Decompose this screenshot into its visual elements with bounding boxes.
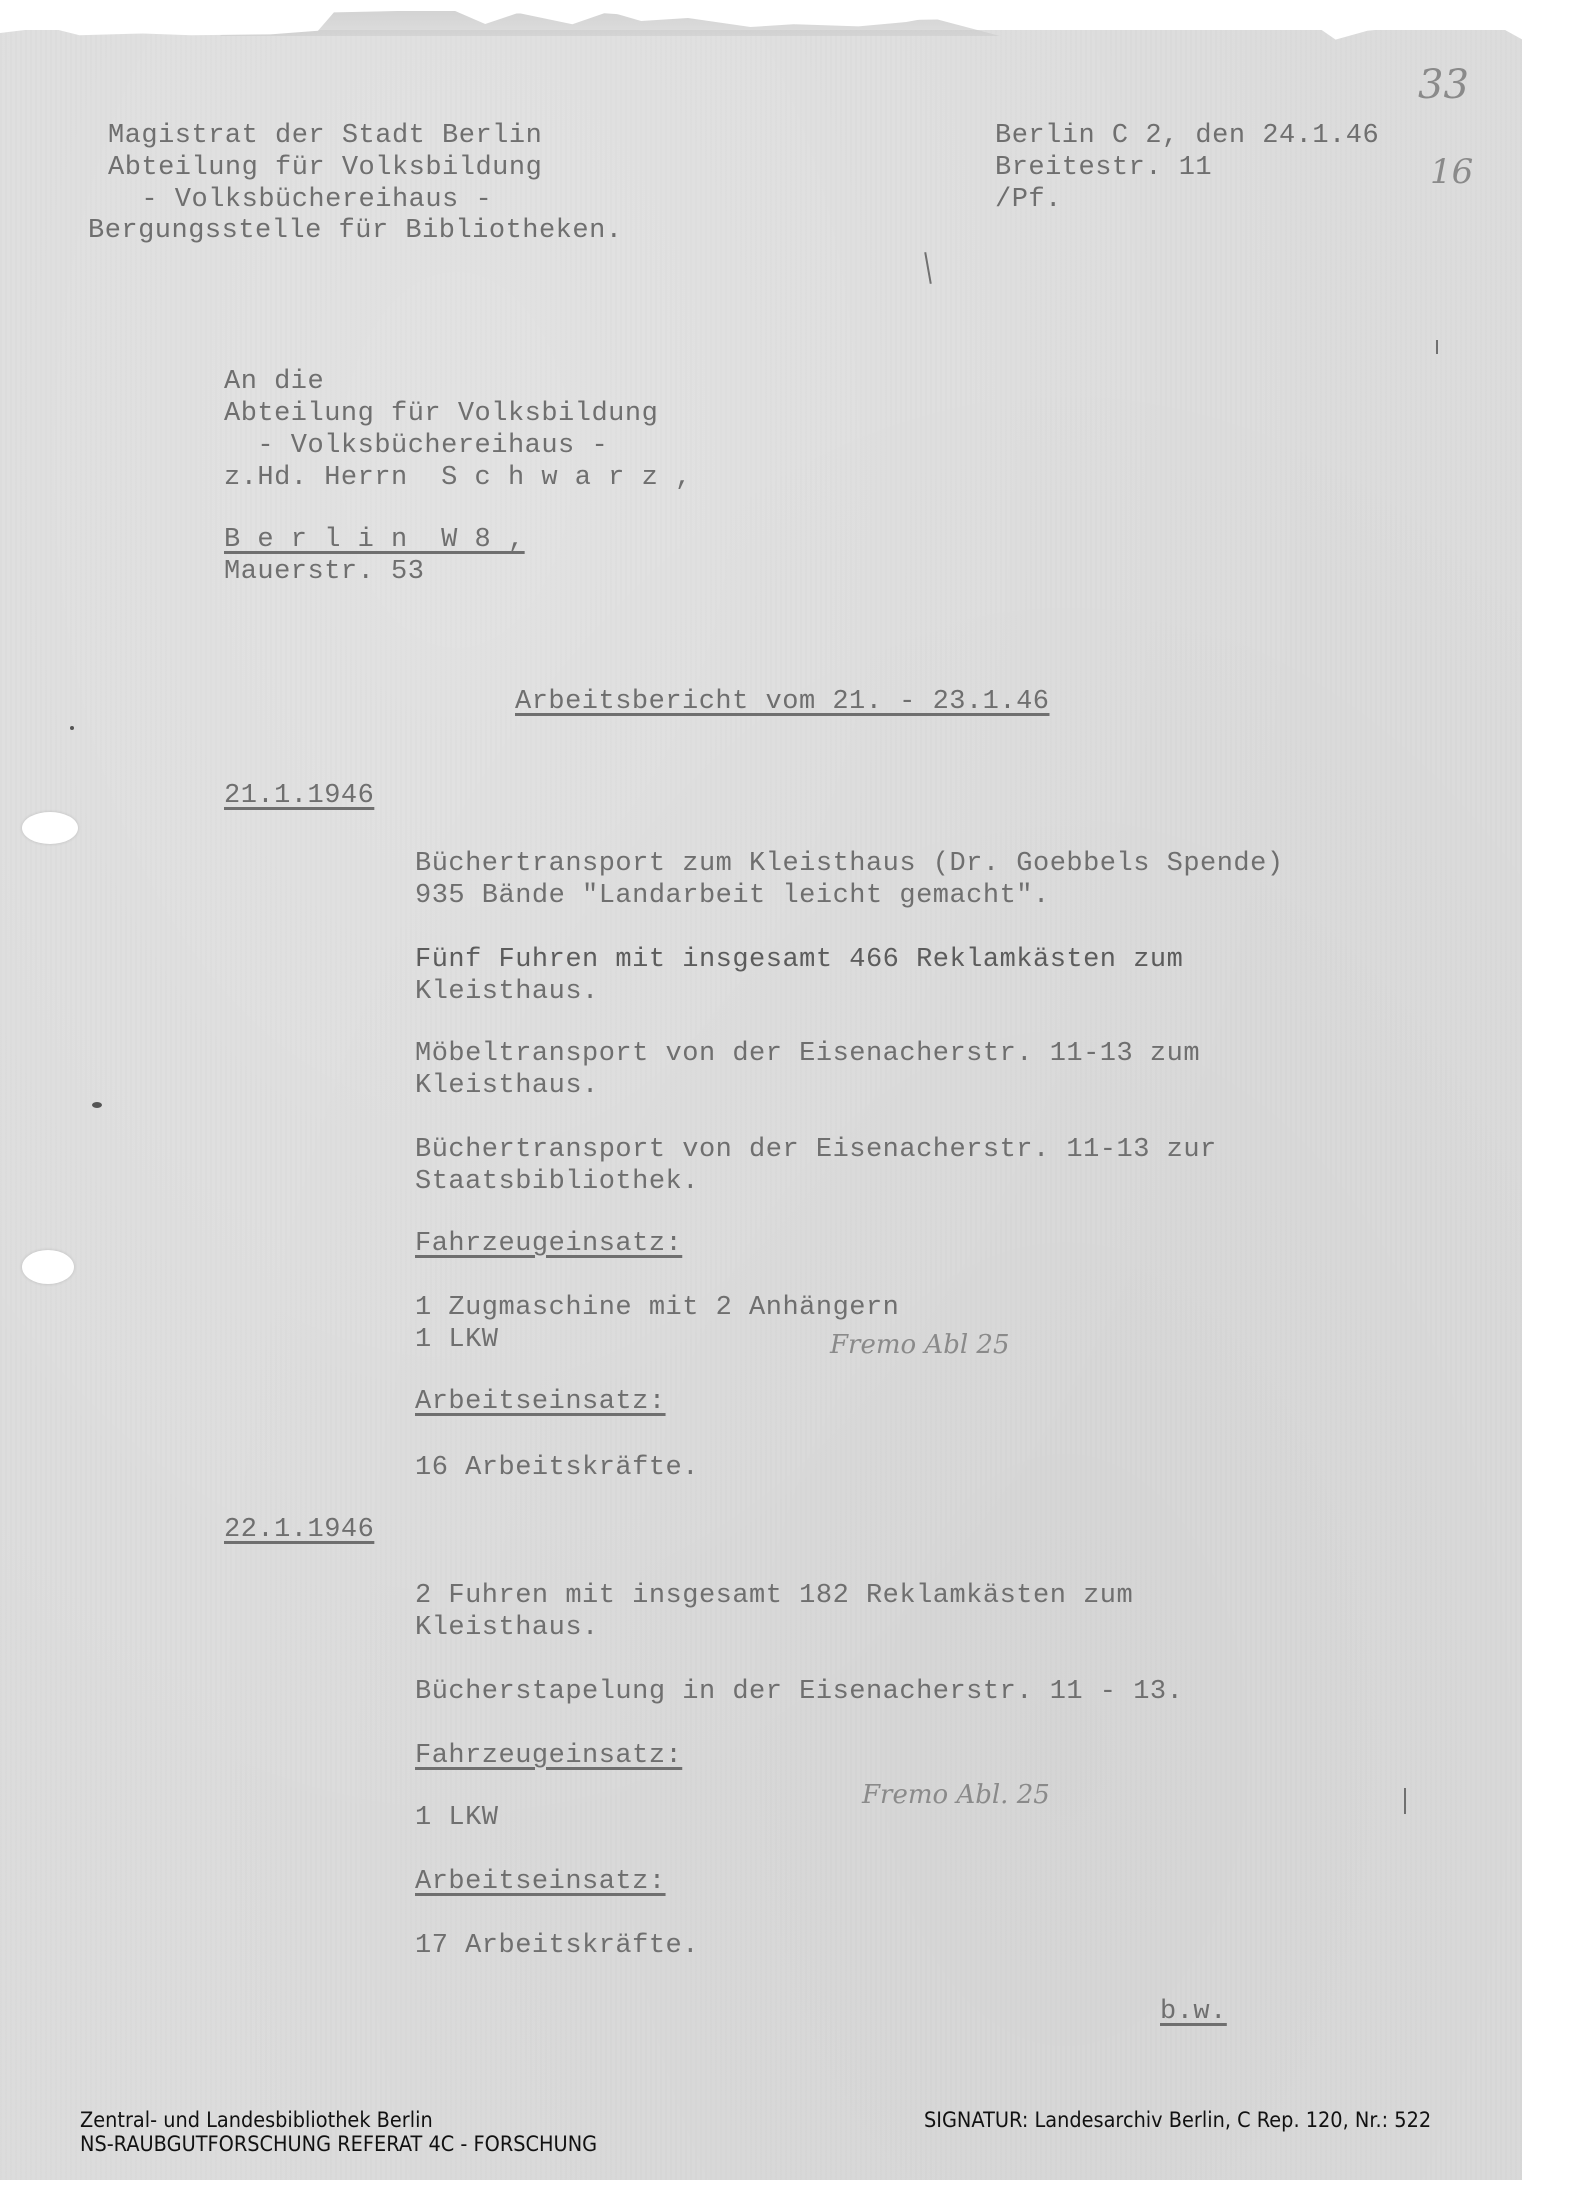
letterhead-line: Magistrat der Stadt Berlin (108, 120, 542, 152)
recipient-city: B e r l i n W 8 , (224, 524, 525, 556)
address-line: Breitestr. 11 (995, 152, 1212, 184)
entry-line: Möbeltransport von der Eisenacherstr. 11… (415, 1038, 1200, 1070)
handwritten-note: Fremo Abl 25 (830, 1330, 1010, 1360)
entry-line: Kleisthaus. (415, 976, 599, 1008)
entry-line: 2 Fuhren mit insgesamt 182 Reklamkästen … (415, 1580, 1133, 1612)
pen-stroke (1404, 1788, 1406, 1814)
vehicle-line: 1 LKW (415, 1802, 499, 1834)
report-title: Arbeitsbericht vom 21. - 23.1.46 (515, 686, 1049, 718)
pen-stroke (1436, 340, 1438, 354)
scanned-page (0, 30, 1522, 2180)
entry-line: Büchertransport von der Eisenacherstr. 1… (415, 1134, 1217, 1166)
vehicle-line: 1 Zugmaschine mit 2 Anhängern (415, 1292, 899, 1324)
handwritten-note: Fremo Abl. 25 (862, 1780, 1050, 1810)
entry-line: Kleisthaus. (415, 1612, 599, 1644)
ink-speck (92, 1102, 102, 1108)
recipient-line: z.Hd. Herrn S c h w a r z , (224, 462, 692, 494)
day-date: 21.1.1946 (224, 780, 374, 812)
continuation-mark: b.w. (1160, 1996, 1227, 2028)
punch-hole-top (22, 812, 78, 844)
letterhead-line: - Volksbüchereihaus - (108, 184, 492, 216)
entry-line: 935 Bände "Landarbeit leicht gemacht". (415, 880, 1050, 912)
letterhead-line: Bergungsstelle für Bibliotheken. (88, 215, 622, 247)
vehicles-heading: Fahrzeugeinsatz: (415, 1228, 682, 1260)
footer-department: NS-RAUBGUTFORSCHUNG REFERAT 4C - FORSCHU… (80, 2132, 597, 2156)
reference-initials: /Pf. (995, 184, 1062, 216)
vehicle-line: 1 LKW (415, 1324, 499, 1356)
handwritten-number: 16 (1430, 152, 1473, 192)
entry-line: Kleisthaus. (415, 1070, 599, 1102)
vehicles-heading: Fahrzeugeinsatz: (415, 1740, 682, 1772)
recipient-line: Abteilung für Volksbildung (224, 398, 658, 430)
recipient-street: Mauerstr. 53 (224, 556, 424, 588)
labor-heading: Arbeitseinsatz: (415, 1386, 666, 1418)
ink-speck (70, 726, 74, 730)
footer-signature: SIGNATUR: Landesarchiv Berlin, C Rep. 12… (924, 2108, 1431, 2132)
handwritten-folio-number: 33 (1418, 62, 1469, 108)
recipient-line: - Volksbüchereihaus - (224, 430, 608, 462)
letterhead-line: Abteilung für Volksbildung (108, 152, 542, 184)
entry-line: Bücherstapelung in der Eisenacherstr. 11… (415, 1676, 1183, 1708)
place-date-line: Berlin C 2, den 24.1.46 (995, 120, 1379, 152)
day-date: 22.1.1946 (224, 1514, 374, 1546)
entry-line: Büchertransport zum Kleisthaus (Dr. Goeb… (415, 848, 1284, 880)
entry-line: Fünf Fuhren mit insgesamt 466 Reklamkäst… (415, 944, 1183, 976)
footer-institution: Zentral- und Landesbibliothek Berlin (80, 2108, 433, 2132)
page-margin-right (1522, 0, 1590, 2187)
recipient-line: An die (224, 366, 324, 398)
labor-heading: Arbeitseinsatz: (415, 1866, 666, 1898)
labor-count: 17 Arbeitskräfte. (415, 1930, 699, 1962)
punch-hole-bottom (22, 1250, 74, 1284)
entry-line: Staatsbibliothek. (415, 1166, 699, 1198)
labor-count: 16 Arbeitskräfte. (415, 1452, 699, 1484)
